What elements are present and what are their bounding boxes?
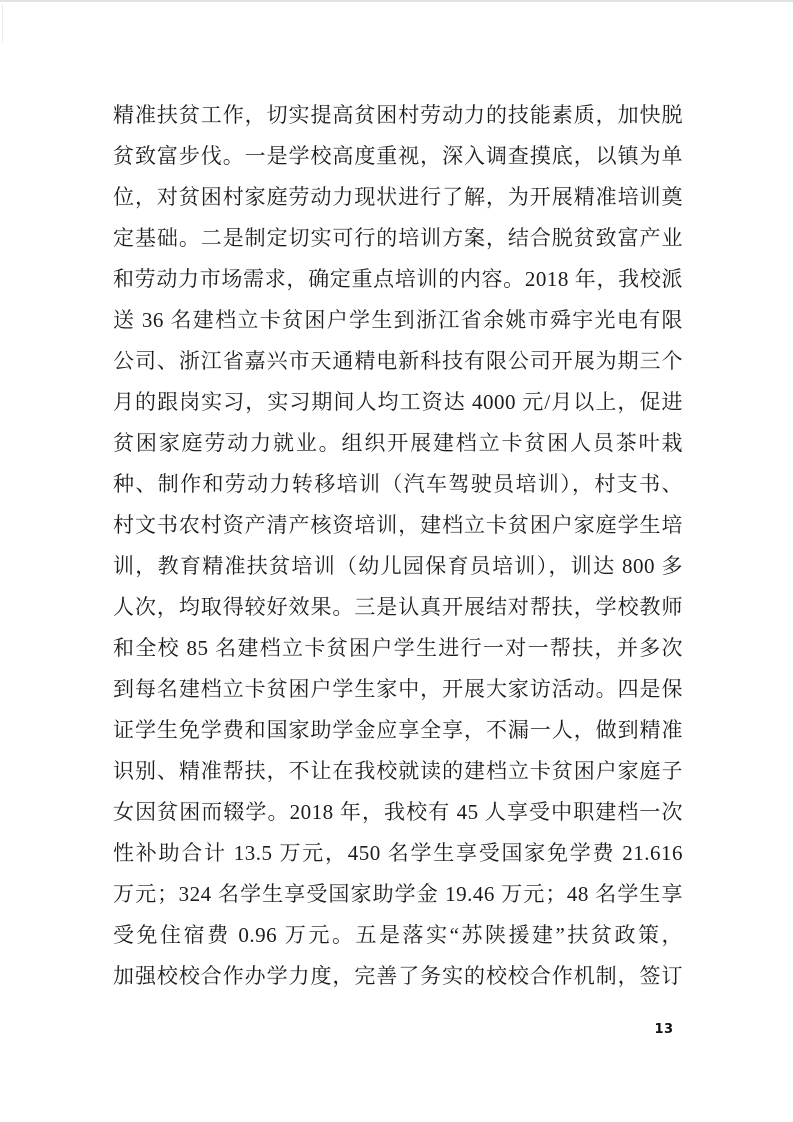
body-text-block: 精准扶贫工作，切实提高贫困村劳动力的技能素质，加快脱贫致富步伐。一是学校高度重视… xyxy=(113,95,683,997)
text-line: 人次，均取得较好效果。三是认真开展结对帮扶，学校教师 xyxy=(113,587,683,628)
text-line: 识别、精准帮扶，不让在我校就读的建档立卡贫困户家庭子 xyxy=(113,751,683,792)
text-line: 受免住宿费 0.96 万元。五是落实“苏陕援建”扶贫政策， xyxy=(113,915,683,956)
text-line: 贫困家庭劳动力就业。组织开展建档立卡贫困人员茶叶栽 xyxy=(113,423,683,464)
text-line: 训，教育精准扶贫培训（幼儿园保育员培训），训达 800 多 xyxy=(113,546,683,587)
scan-artifact-top-line xyxy=(0,0,793,2)
text-line: 证学生免学费和国家助学金应享全享，不漏一人，做到精准 xyxy=(113,710,683,751)
text-line: 加强校校合作办学力度，完善了务实的校校合作机制，签订 xyxy=(113,956,683,997)
text-line: 女因贫困而辍学。2018 年，我校有 45 人享受中职建档一次 xyxy=(113,792,683,833)
page-number: 13 xyxy=(652,1022,676,1037)
text-line: 精准扶贫工作，切实提高贫困村劳动力的技能素质，加快脱 xyxy=(113,95,683,136)
text-line: 万元；324 名学生享受国家助学金 19.46 万元；48 名学生享 xyxy=(113,874,683,915)
text-line: 送 36 名建档立卡贫困户学生到浙江省余姚市舜宇光电有限 xyxy=(113,300,683,341)
text-line: 月的跟岗实习，实习期间人均工资达 4000 元/月以上，促进 xyxy=(113,382,683,423)
text-line: 和劳动力市场需求，确定重点培训的内容。2018 年，我校派 xyxy=(113,259,683,300)
text-line: 公司、浙江省嘉兴市天通精电新科技有限公司开展为期三个 xyxy=(113,341,683,382)
text-line: 定基础。二是制定切实可行的培训方案，结合脱贫致富产业 xyxy=(113,218,683,259)
text-line: 种、制作和劳动力转移培训（汽车驾驶员培训），村支书、 xyxy=(113,464,683,505)
text-line: 和全校 85 名建档立卡贫困户学生进行一对一帮扶，并多次 xyxy=(113,628,683,669)
text-line: 位，对贫困村家庭劳动力现状进行了解，为开展精准培训奠 xyxy=(113,177,683,218)
scan-artifact-left-line xyxy=(2,4,3,42)
document-page: 精准扶贫工作，切实提高贫困村劳动力的技能素质，加快脱贫致富步伐。一是学校高度重视… xyxy=(0,0,793,1122)
text-line: 性补助合计 13.5 万元，450 名学生享受国家免学费 21.616 xyxy=(113,833,683,874)
text-line: 村文书农村资产清产核资培训，建档立卡贫困户家庭学生培 xyxy=(113,505,683,546)
text-line: 贫致富步伐。一是学校高度重视，深入调查摸底，以镇为单 xyxy=(113,136,683,177)
text-line: 到每名建档立卡贫困户学生家中，开展大家访活动。四是保 xyxy=(113,669,683,710)
